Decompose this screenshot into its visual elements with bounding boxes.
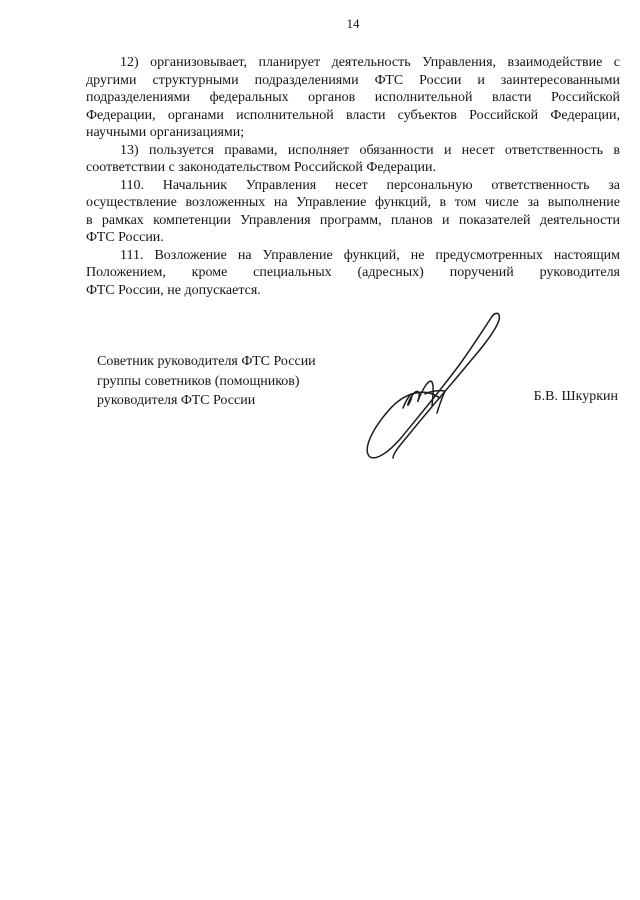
- text-line: Федерации, органами исполнительной власт…: [86, 107, 620, 125]
- signer-title: Советник руководителя ФТС Россиигруппы с…: [97, 352, 316, 411]
- text-line: научными организациями;: [86, 124, 620, 142]
- signer-title-line: руководителя ФТС России: [97, 391, 316, 411]
- document-page: 14 12) организовывает, планирует деятель…: [0, 0, 640, 900]
- text-line: в рамках компетенции Управления программ…: [86, 212, 620, 230]
- text-line: ФТС России, не допускается.: [86, 282, 620, 300]
- text-line: соответствии с законодательством Российс…: [86, 159, 620, 177]
- text-line: ФТС России.: [86, 229, 620, 247]
- signer-title-line: Советник руководителя ФТС России: [97, 352, 316, 372]
- text-line: другими структурными подразделениями ФТС…: [86, 72, 620, 90]
- signer-title-line: группы советников (помощников): [97, 372, 316, 392]
- text-line: 110. Начальник Управления несет персонал…: [86, 177, 620, 195]
- document-body: 12) организовывает, планирует деятельнос…: [86, 54, 620, 299]
- page-number: 14: [86, 17, 620, 31]
- signer-name: Б.В. Шкуркин: [534, 389, 618, 405]
- handwritten-signature-icon: [355, 300, 515, 465]
- text-line: осуществление возложенных на Управление …: [86, 194, 620, 212]
- text-line: Положением, кроме специальных (адресных)…: [86, 264, 620, 282]
- text-line: 12) организовывает, планирует деятельнос…: [86, 54, 620, 72]
- text-line: 13) пользуется правами, исполняет обязан…: [86, 142, 620, 160]
- text-line: 111. Возложение на Управление функций, н…: [86, 247, 620, 265]
- text-line: подразделениями федеральных органов испо…: [86, 89, 620, 107]
